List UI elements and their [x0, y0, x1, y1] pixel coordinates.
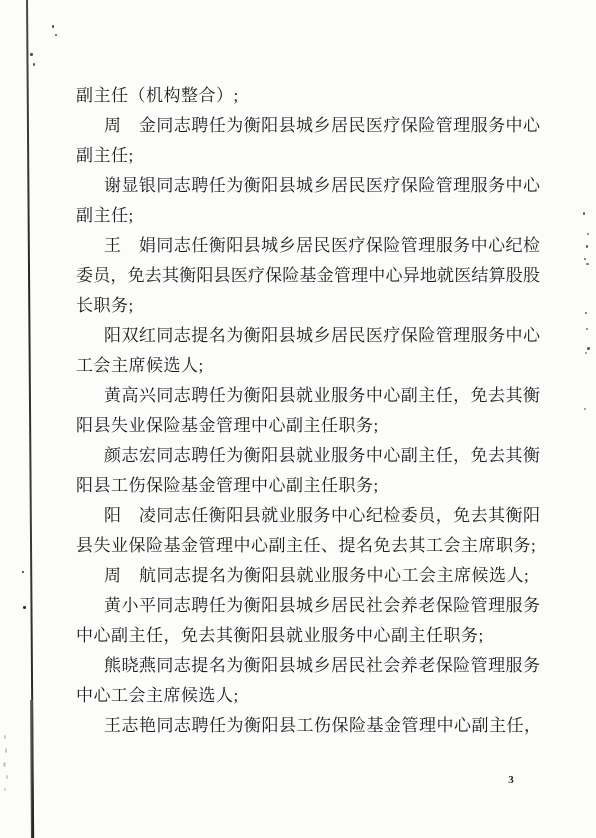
text-line: 颜志宏同志聘任为衡阳县就业服务中心副主任，免去其衡: [76, 441, 540, 471]
ink-speckle: [52, 25, 54, 28]
ink-speckle: [586, 328, 588, 330]
ink-speckle: [3, 762, 6, 767]
page-number: 3: [503, 774, 519, 786]
ink-speckle: [4, 735, 6, 739]
ink-speckle: [23, 606, 26, 609]
text-line: 熊晓燕同志提名为衡阳县城乡居民社会养老保险管理服务: [76, 651, 540, 681]
text-line: 副主任;: [76, 141, 540, 171]
ink-speckle: [584, 258, 586, 260]
ink-speckle: [583, 212, 585, 215]
text-line: 副主任;: [76, 201, 540, 231]
ink-speckle: [585, 352, 587, 354]
text-line: 委员，免去其衡阳县医疗保险基金管理中心异地就医结算股股: [76, 261, 540, 291]
text-line: 副主任（机构整合）;: [76, 81, 540, 111]
ink-speckle: [6, 775, 8, 779]
ink-speckle: [585, 312, 587, 314]
text-line: 谢显银同志聘任为衡阳县城乡居民医疗保险管理服务中心: [76, 171, 540, 201]
text-line: 王 娟同志任衡阳县城乡居民医疗保险管理服务中心纪检: [76, 231, 540, 261]
text-line: 工会主席候选人;: [76, 351, 540, 381]
ink-speckle: [30, 53, 33, 56]
text-line: 中心副主任，免去其衡阳县就业服务中心副主任职务;: [76, 621, 540, 651]
text-line: 黄小平同志聘任为衡阳县城乡居民社会养老保险管理服务: [76, 591, 540, 621]
text-line: 阳县工伤保险基金管理中心副主任职务;: [76, 471, 540, 501]
ink-speckle: [586, 245, 588, 248]
ink-speckle: [55, 34, 57, 36]
text-line: 黄高兴同志聘任为衡阳县就业服务中心副主任，免去其衡: [76, 381, 540, 411]
scanned-document-page: 副主任（机构整合）; 周 金同志聘任为衡阳县城乡居民医疗保险管理服务中心 副主任…: [0, 0, 596, 838]
text-line: 阳双红同志提名为衡阳县城乡居民医疗保险管理服务中心: [76, 321, 540, 351]
text-line: 阳 凌同志任衡阳县就业服务中心纪检委员，免去其衡阳: [76, 501, 540, 531]
text-line: 周 航同志提名为衡阳县就业服务中心工会主席候选人;: [76, 561, 540, 591]
text-line: 中心工会主席候选人;: [76, 681, 540, 711]
scan-edge-line-bottom: [30, 700, 34, 838]
ink-speckle: [587, 347, 590, 350]
text-line: 长职务;: [76, 291, 540, 321]
text-line: 王志艳同志聘任为衡阳县工伤保险基金管理中心副主任，: [76, 711, 540, 741]
ink-speckle: [587, 233, 589, 235]
ink-speckle: [33, 63, 35, 66]
text-line: 县失业保险基金管理中心副主任、提名免去其工会主席职务;: [76, 531, 540, 561]
document-body: 副主任（机构整合）; 周 金同志聘任为衡阳县城乡居民医疗保险管理服务中心 副主任…: [76, 81, 540, 741]
ink-speckle: [586, 263, 589, 265]
ink-speckle: [22, 571, 24, 573]
ink-speckle: [4, 788, 6, 791]
text-line: 周 金同志聘任为衡阳县城乡居民医疗保险管理服务中心: [76, 111, 540, 141]
text-line: 阳县失业保险基金管理中心副主任职务;: [76, 411, 540, 441]
ink-speckle: [584, 408, 586, 410]
ink-speckle: [5, 748, 7, 753]
